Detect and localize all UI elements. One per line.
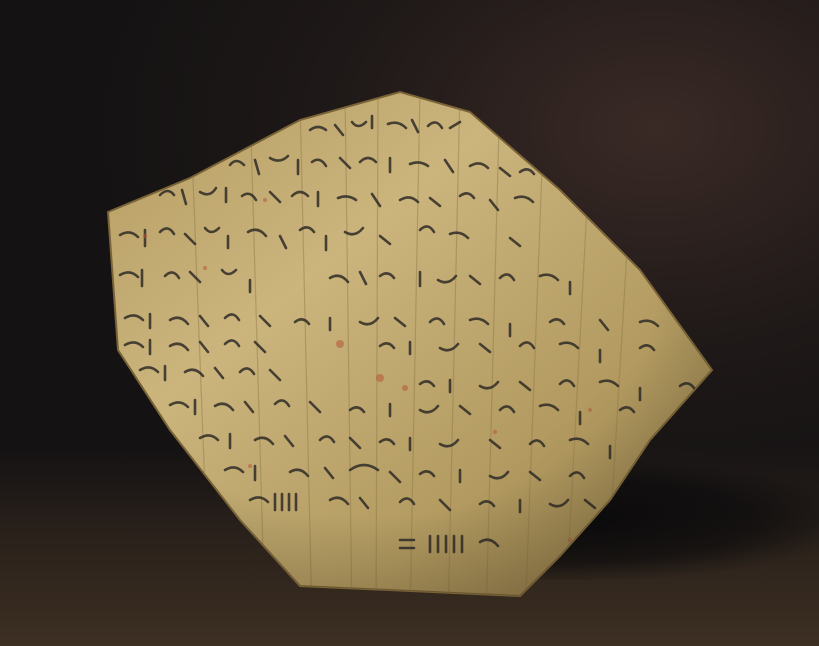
ostracon-tablet [0,0,819,646]
tablet-texture [0,0,819,646]
